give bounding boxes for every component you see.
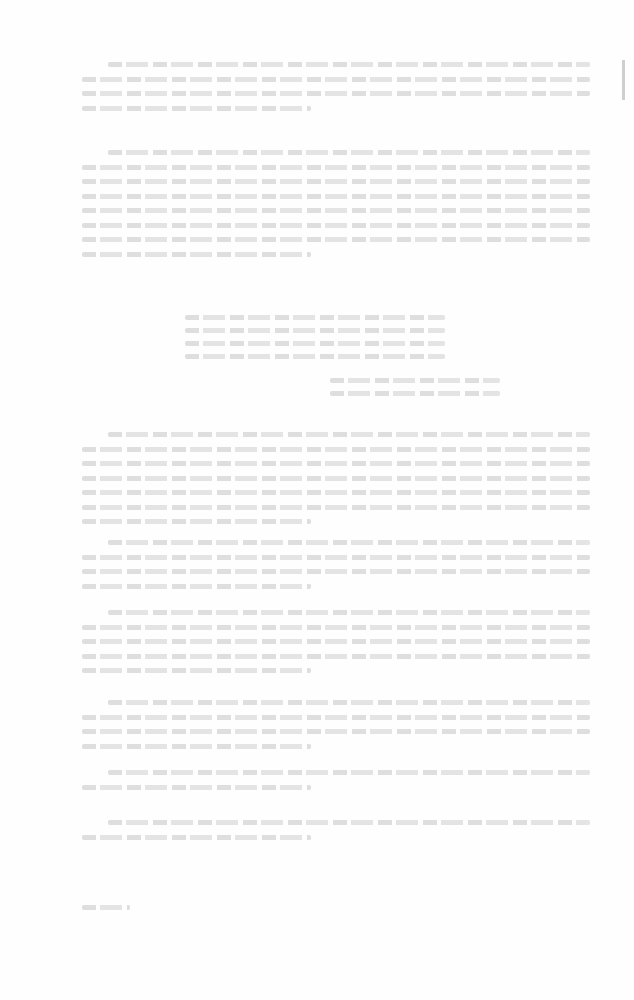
text-line	[82, 785, 311, 790]
text-line	[82, 505, 590, 510]
text-line	[82, 905, 130, 910]
text-line	[82, 519, 311, 524]
text-line	[82, 476, 590, 481]
text-line	[82, 654, 590, 659]
text-line	[82, 835, 311, 840]
text-line	[185, 328, 445, 333]
scanned-page	[0, 0, 634, 1000]
text-line	[185, 341, 445, 346]
text-line	[108, 62, 590, 67]
text-line	[108, 770, 590, 775]
text-line	[185, 354, 445, 359]
text-line	[82, 208, 590, 213]
text-line	[82, 165, 590, 170]
text-line	[108, 150, 590, 155]
text-line	[82, 715, 590, 720]
text-line	[82, 744, 311, 749]
text-line	[108, 700, 590, 705]
text-line	[82, 237, 590, 242]
text-line	[108, 610, 590, 615]
text-line	[330, 378, 500, 383]
text-line	[82, 639, 590, 644]
text-line	[82, 252, 311, 257]
text-line	[82, 223, 590, 228]
text-line	[82, 569, 590, 574]
text-line	[82, 461, 590, 466]
text-line	[108, 820, 590, 825]
text-line	[185, 315, 445, 320]
text-line	[82, 106, 311, 111]
text-line	[82, 584, 311, 589]
text-line	[108, 432, 590, 437]
text-line	[330, 391, 500, 396]
text-line	[82, 447, 590, 452]
text-line	[82, 625, 590, 630]
text-line	[82, 77, 590, 82]
text-line	[108, 540, 590, 545]
text-line	[82, 490, 590, 495]
text-line	[82, 194, 590, 199]
text-line	[82, 555, 590, 560]
scan-edge-mark	[622, 60, 625, 100]
text-line	[82, 729, 590, 734]
text-line	[82, 668, 311, 673]
text-line	[82, 91, 590, 96]
text-line	[82, 179, 590, 184]
